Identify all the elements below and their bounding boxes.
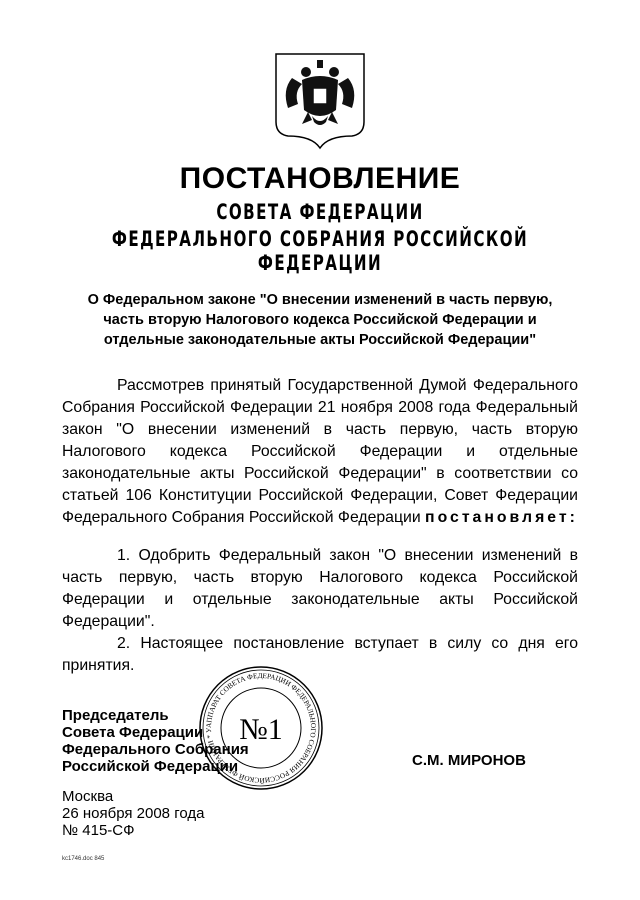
preamble-paragraph: Рассмотрев принятый Государственной Думо… (62, 375, 578, 529)
document-number: № 415-СФ (62, 822, 204, 839)
issuer-line-1: СОВЕТА ФЕДЕРАЦИИ (90, 200, 551, 224)
stamp-number: №1 (239, 713, 283, 746)
document-title: ПОСТАНОВЛЕНИЕ (0, 162, 640, 196)
subject-line: часть вторую Налогового кодекса Российск… (55, 310, 585, 330)
official-stamp-icon: АППАРАТ СОВЕТА ФЕДЕРАЦИИ ФЕДЕРАЛЬНОГО СО… (198, 665, 324, 791)
decree-items: 1. Одобрить Федеральный закон "О внесени… (62, 545, 578, 677)
signatory-name: С.М. МИРОНОВ (412, 752, 526, 769)
document-subject: О Федеральном законе "О внесении изменен… (55, 290, 585, 350)
file-reference: kc1746.doc 845 (62, 856, 104, 862)
date: 26 ноября 2008 года (62, 805, 204, 822)
subject-line: отдельные законодательные акты Российско… (55, 330, 585, 350)
coat-of-arms-icon (272, 50, 368, 150)
decree-word: постановляет: (425, 509, 578, 526)
decree-item: 1. Одобрить Федеральный закон "О внесени… (62, 545, 578, 633)
city: Москва (62, 788, 204, 805)
preamble-text: Рассмотрев принятый Государственной Думо… (62, 377, 578, 526)
issuer-line-2: ФЕДЕРАЛЬНОГО СОБРАНИЯ РОССИЙСКОЙ ФЕДЕРАЦ… (90, 227, 551, 275)
place-and-date: Москва 26 ноября 2008 года № 415-СФ (62, 788, 204, 839)
subject-line: О Федеральном законе "О внесении изменен… (55, 290, 585, 310)
